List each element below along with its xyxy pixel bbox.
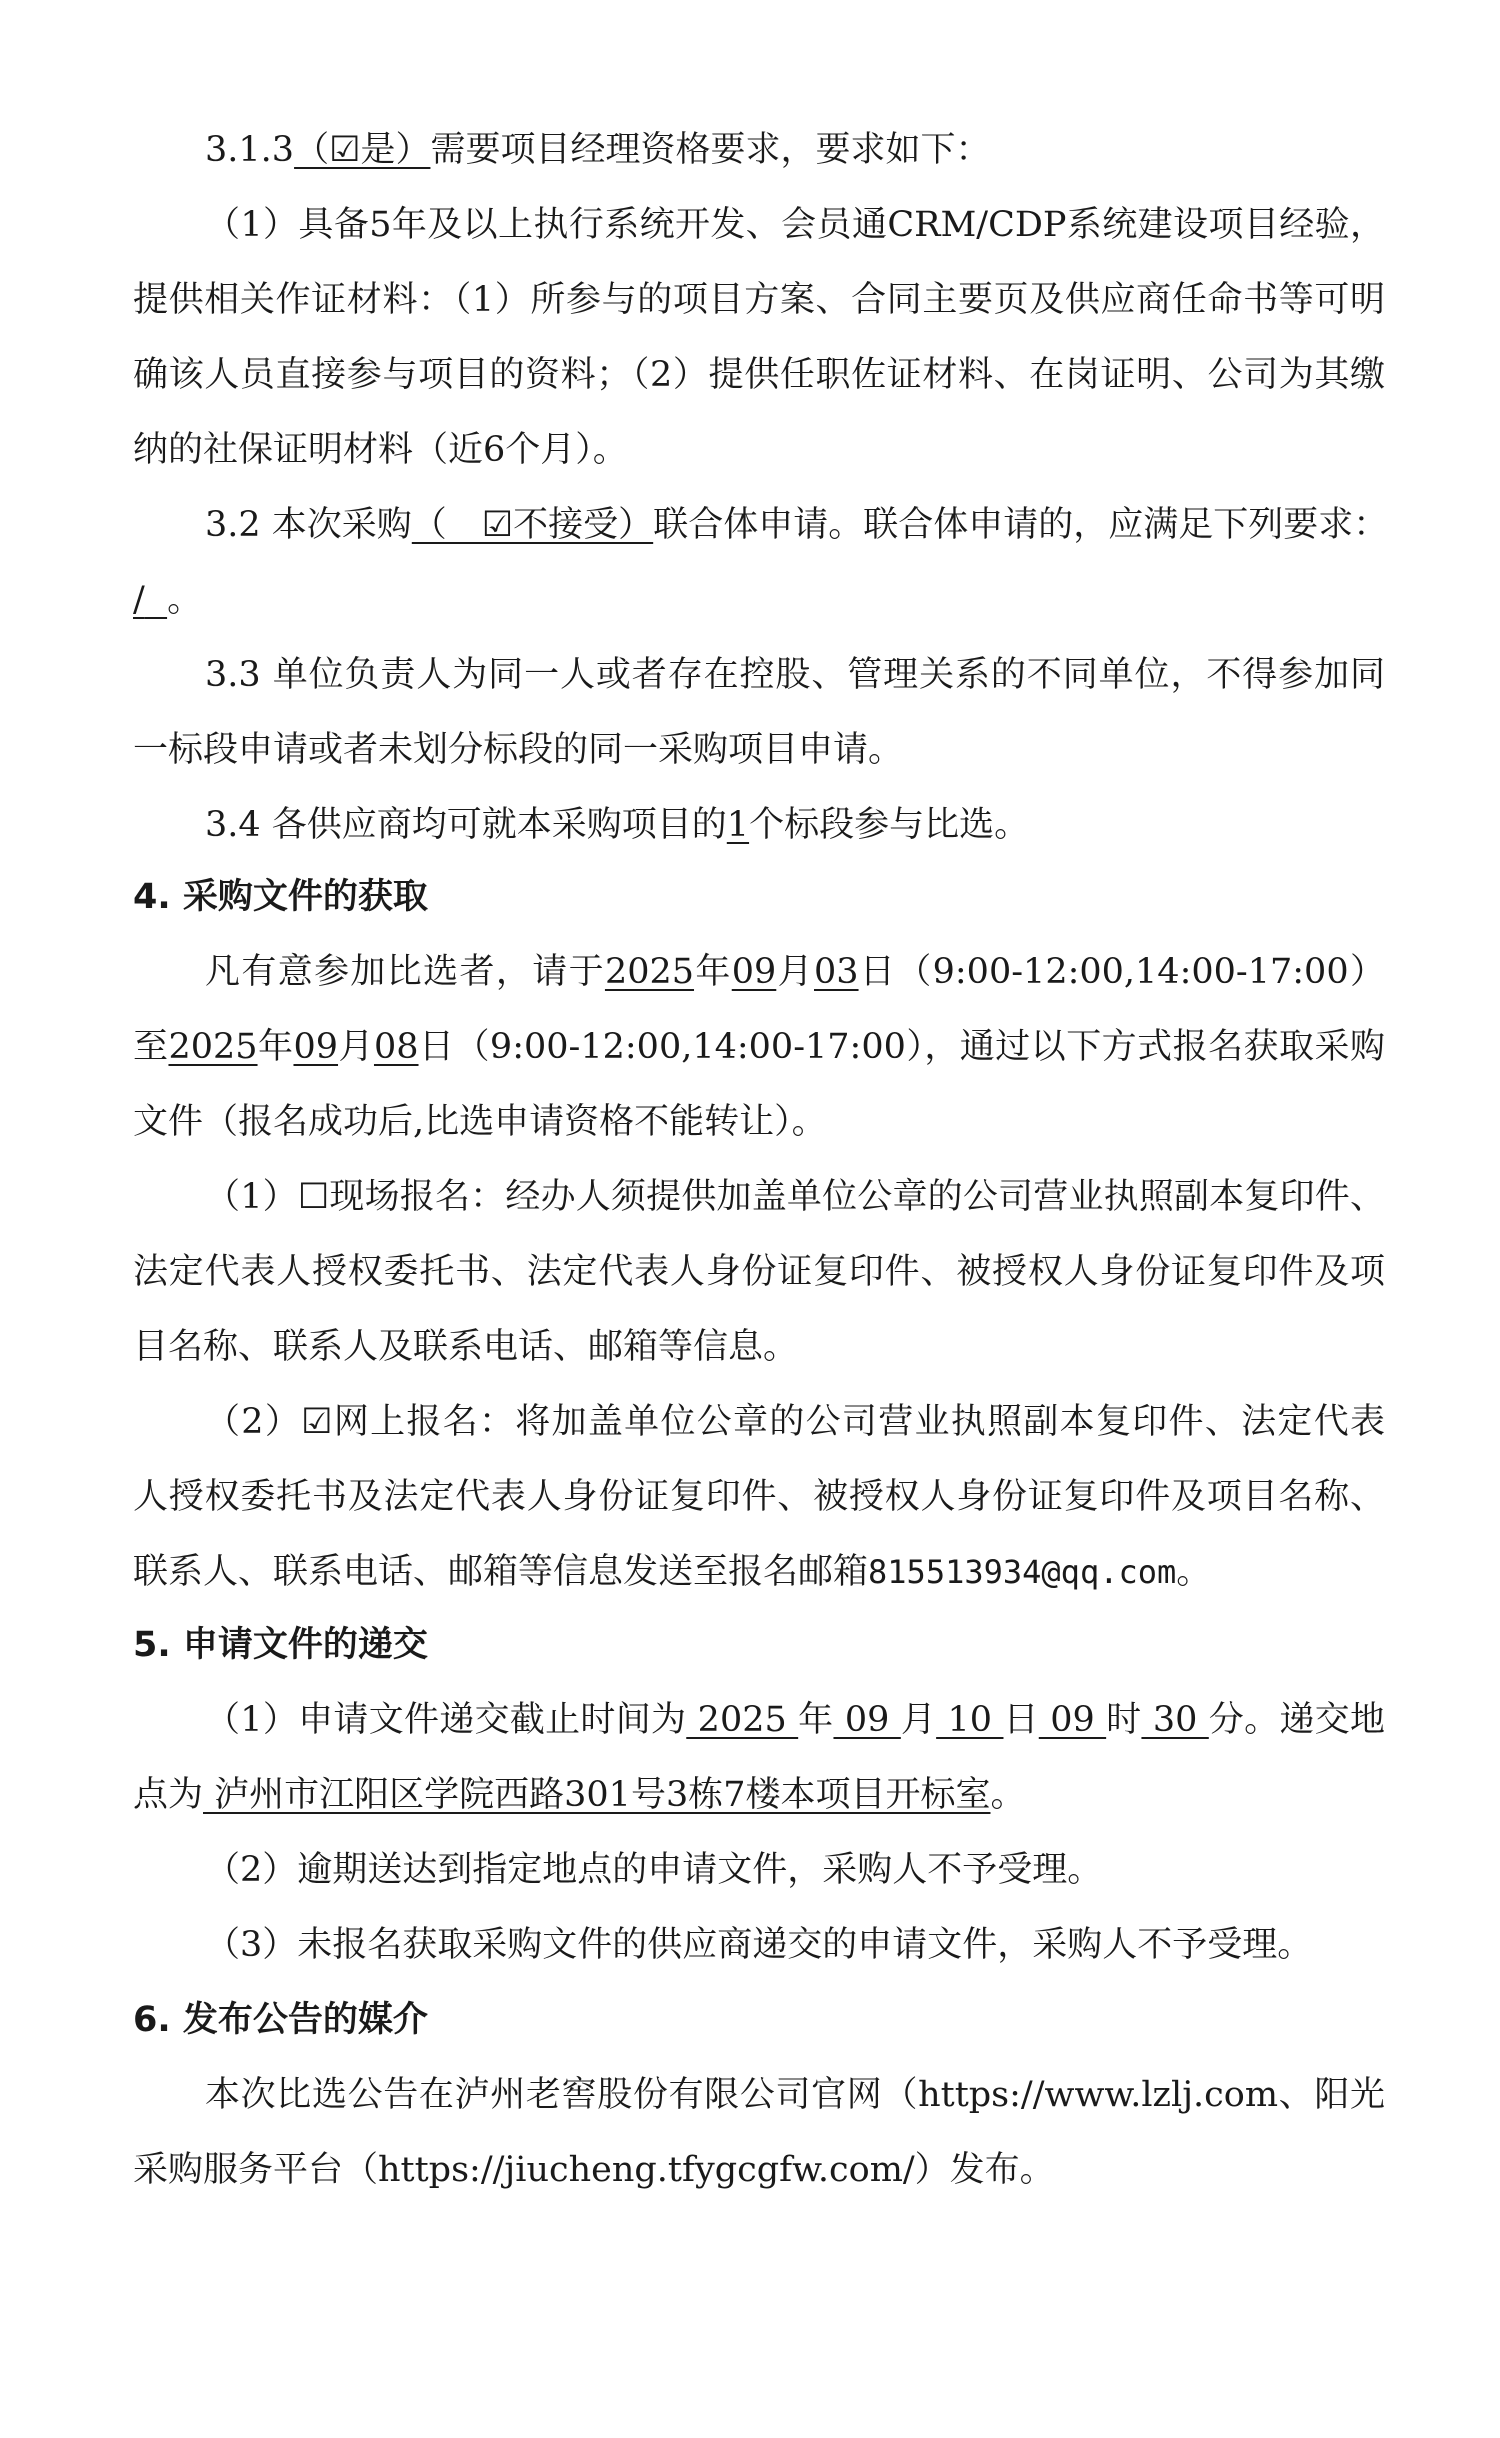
onsite-registration: （1）☐现场报名：经办人须提供加盖单位公章的公司营业执照副本复印件、 xyxy=(205,1160,1385,1234)
label: 月 xyxy=(338,1027,374,1067)
end-year: 2025 xyxy=(168,1027,257,1067)
registration-email: 815513934@qq.com xyxy=(868,1553,1176,1591)
period: 。 xyxy=(1176,1552,1211,1592)
label: 日 xyxy=(1003,1700,1038,1740)
start-day: 03 xyxy=(814,952,859,992)
label: 时 xyxy=(1106,1700,1141,1740)
onsite-registration-cont: 法定代表人授权委托书、法定代表人身份证复印件、被授权人身份证复印件及项 xyxy=(133,1235,1385,1309)
deadline-year: 2025 xyxy=(686,1700,798,1740)
period: 。 xyxy=(990,1775,1025,1815)
registration-note: 文件（报名成功后,比选申请资格不能转让）。 xyxy=(133,1085,1385,1159)
label: 年 xyxy=(258,1027,294,1067)
requirement-line: 确该人员直接参与项目的资料；（2）提供任职佐证材料、在岗证明、公司为其缴 xyxy=(133,338,1385,412)
label: 月 xyxy=(901,1700,936,1740)
clause-number: 3.1.3 xyxy=(205,130,294,170)
lot-count: 1 xyxy=(727,805,749,845)
label: 点为 xyxy=(133,1775,203,1815)
start-year: 2025 xyxy=(605,952,694,992)
label: 至 xyxy=(133,1027,168,1067)
online-registration-cont: 人授权委托书及法定代表人身份证复印件、被授权人身份证复印件及项目名称、 xyxy=(133,1460,1385,1534)
section-3-4: 3.4 各供应商均可就本采购项目的1个标段参与比选。 xyxy=(205,788,1385,862)
label: 年 xyxy=(798,1700,833,1740)
deadline-day: 10 xyxy=(936,1700,1003,1740)
not-accept-checkbox-choice: （ ☑不接受） xyxy=(412,505,653,545)
registration-period-line: 凡有意参加比选者，请于2025年09月03日（9:00-12:00,14:00-… xyxy=(205,935,1385,1009)
submission-address: 泸州市江阳区学院西路301号3栋7楼本项目开标室 xyxy=(203,1775,990,1815)
registration-period-line: 至2025年09月08日（9:00-12:00,14:00-17:00），通过以… xyxy=(133,1010,1385,1084)
requirement-line: （1）具备5年及以上执行系统开发、会员通CRM/CDP系统建设项目经验， xyxy=(205,188,1385,262)
section-3-3-cont: 一标段申请或者未划分标段的同一采购项目申请。 xyxy=(133,713,1385,787)
submission-place: 点为 泸州市江阳区学院西路301号3栋7楼本项目开标室。 xyxy=(133,1758,1385,1832)
online-registration: （2）☑网上报名：将加盖单位公章的公司营业执照副本复印件、法定代表 xyxy=(205,1385,1385,1459)
publication-media: 本次比选公告在泸州老窖股份有限公司官网（https://www.lzlj.com… xyxy=(205,2058,1385,2132)
yes-checkbox-choice: （☑是） xyxy=(294,130,430,170)
label: 年 xyxy=(694,952,732,992)
deadline-minute: 30 xyxy=(1141,1700,1208,1740)
clause-text: 个标段参与比选。 xyxy=(749,805,1029,845)
consortium-requirement: / 。 xyxy=(133,563,1385,637)
clause-text: 需要项目经理资格要求，要求如下： xyxy=(430,130,990,170)
label: 月 xyxy=(776,952,814,992)
late-submission-rule: （2）逾期送达到指定地点的申请文件，采购人不予受理。 xyxy=(205,1833,1385,1907)
clause-text: 凡有意参加比选者，请于 xyxy=(205,952,605,992)
requirement-line: 纳的社保证明材料（近6个月）。 xyxy=(133,413,1385,487)
label: 日 xyxy=(419,1027,455,1067)
end-day: 08 xyxy=(374,1027,419,1067)
label: 分。递交地 xyxy=(1209,1700,1385,1740)
label: 日 xyxy=(859,952,897,992)
requirement-line: 提供相关作证材料：（1）所参与的项目方案、合同主要页及供应商任命书等可明 xyxy=(133,263,1385,337)
end-month: 09 xyxy=(293,1027,338,1067)
end-hours: （9:00-12:00,14:00-17:00），通过以下方式报名获取采购 xyxy=(454,1027,1385,1067)
deadline-hour: 09 xyxy=(1039,1700,1106,1740)
publication-media-cont: 采购服务平台（https://jiucheng.tfygcgfw.com/）发布… xyxy=(133,2133,1385,2207)
submission-deadline: （1）申请文件递交截止时间为 2025 年 09 月 10 日 09 时 30 … xyxy=(205,1683,1385,1757)
online-registration-cont: 联系人、联系电话、邮箱等信息发送至报名邮箱815513934@qq.com。 xyxy=(133,1535,1385,1609)
section-3-2: 3.2 本次采购（ ☑不接受）联合体申请。联合体申请的，应满足下列要求： xyxy=(205,488,1385,562)
requirement-blank: / xyxy=(133,580,145,620)
clause-text: （1）申请文件递交截止时间为 xyxy=(205,1700,686,1740)
period: 。 xyxy=(167,580,202,620)
start-hours: （9:00-12:00,14:00-17:00） xyxy=(896,952,1385,992)
start-month: 09 xyxy=(732,952,777,992)
heading-4: 4. 采购文件的获取 xyxy=(133,860,1385,934)
document-page: 3.1.3（☑是）需要项目经理资格要求，要求如下： （1）具备5年及以上执行系统… xyxy=(0,0,1500,2438)
deadline-month: 09 xyxy=(833,1700,900,1740)
clause-text: 3.4 各供应商均可就本采购项目的 xyxy=(205,805,727,845)
section-3-1-3-title: 3.1.3（☑是）需要项目经理资格要求，要求如下： xyxy=(205,113,1385,187)
onsite-registration-cont: 目名称、联系人及联系电话、邮箱等信息。 xyxy=(133,1310,1385,1384)
heading-5: 5. 申请文件的递交 xyxy=(133,1608,1385,1682)
heading-6: 6. 发布公告的媒介 xyxy=(133,1983,1385,2057)
clause-text: 联合体申请。联合体申请的，应满足下列要求： xyxy=(653,505,1388,545)
section-3-3: 3.3 单位负责人为同一人或者存在控股、管理关系的不同单位，不得参加同 xyxy=(205,638,1385,712)
unregistered-submission-rule: （3）未报名获取采购文件的供应商递交的申请文件，采购人不予受理。 xyxy=(205,1908,1385,1982)
clause-text: 3.2 本次采购 xyxy=(205,505,412,545)
clause-text: 联系人、联系电话、邮箱等信息发送至报名邮箱 xyxy=(133,1552,868,1592)
